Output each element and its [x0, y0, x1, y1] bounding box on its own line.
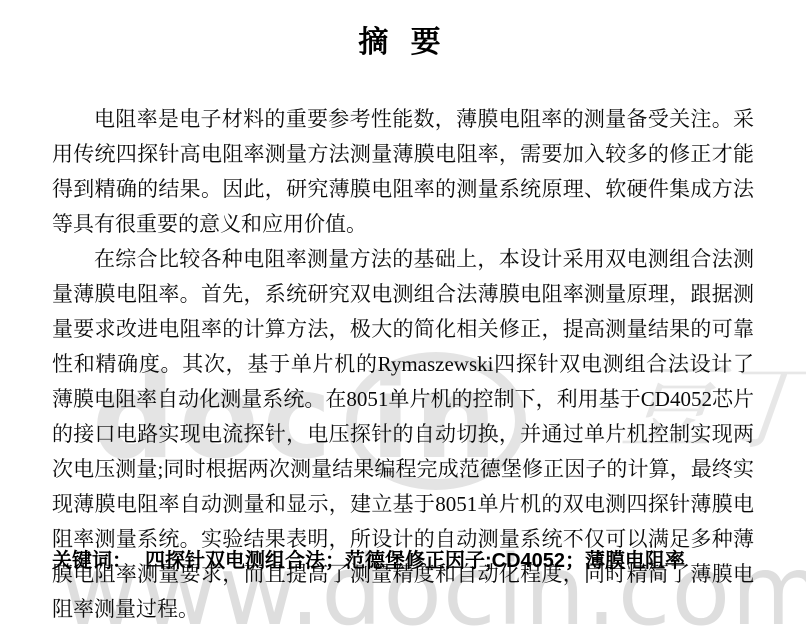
keywords-label: 关键词：	[52, 550, 132, 572]
document-page: docin 豆丁 www.docin.com 摘 要 电阻率是电子材料的重要参考…	[0, 0, 806, 635]
keywords-text: 四探针双电测组合法；范德堡修正因子;CD4052；薄膜电阻率	[145, 550, 685, 572]
page-title: 摘 要	[0, 0, 806, 61]
keywords-line: 关键词：四探针双电测组合法；范德堡修正因子;CD4052；薄膜电阻率	[52, 548, 685, 574]
abstract-content: 摘 要 电阻率是电子材料的重要参考性能数，薄膜电阻率的测量备受关注。采用传统四探…	[0, 0, 806, 627]
abstract-paragraph-1: 电阻率是电子材料的重要参考性能数，薄膜电阻率的测量备受关注。采用传统四探针高电阻…	[52, 102, 754, 242]
